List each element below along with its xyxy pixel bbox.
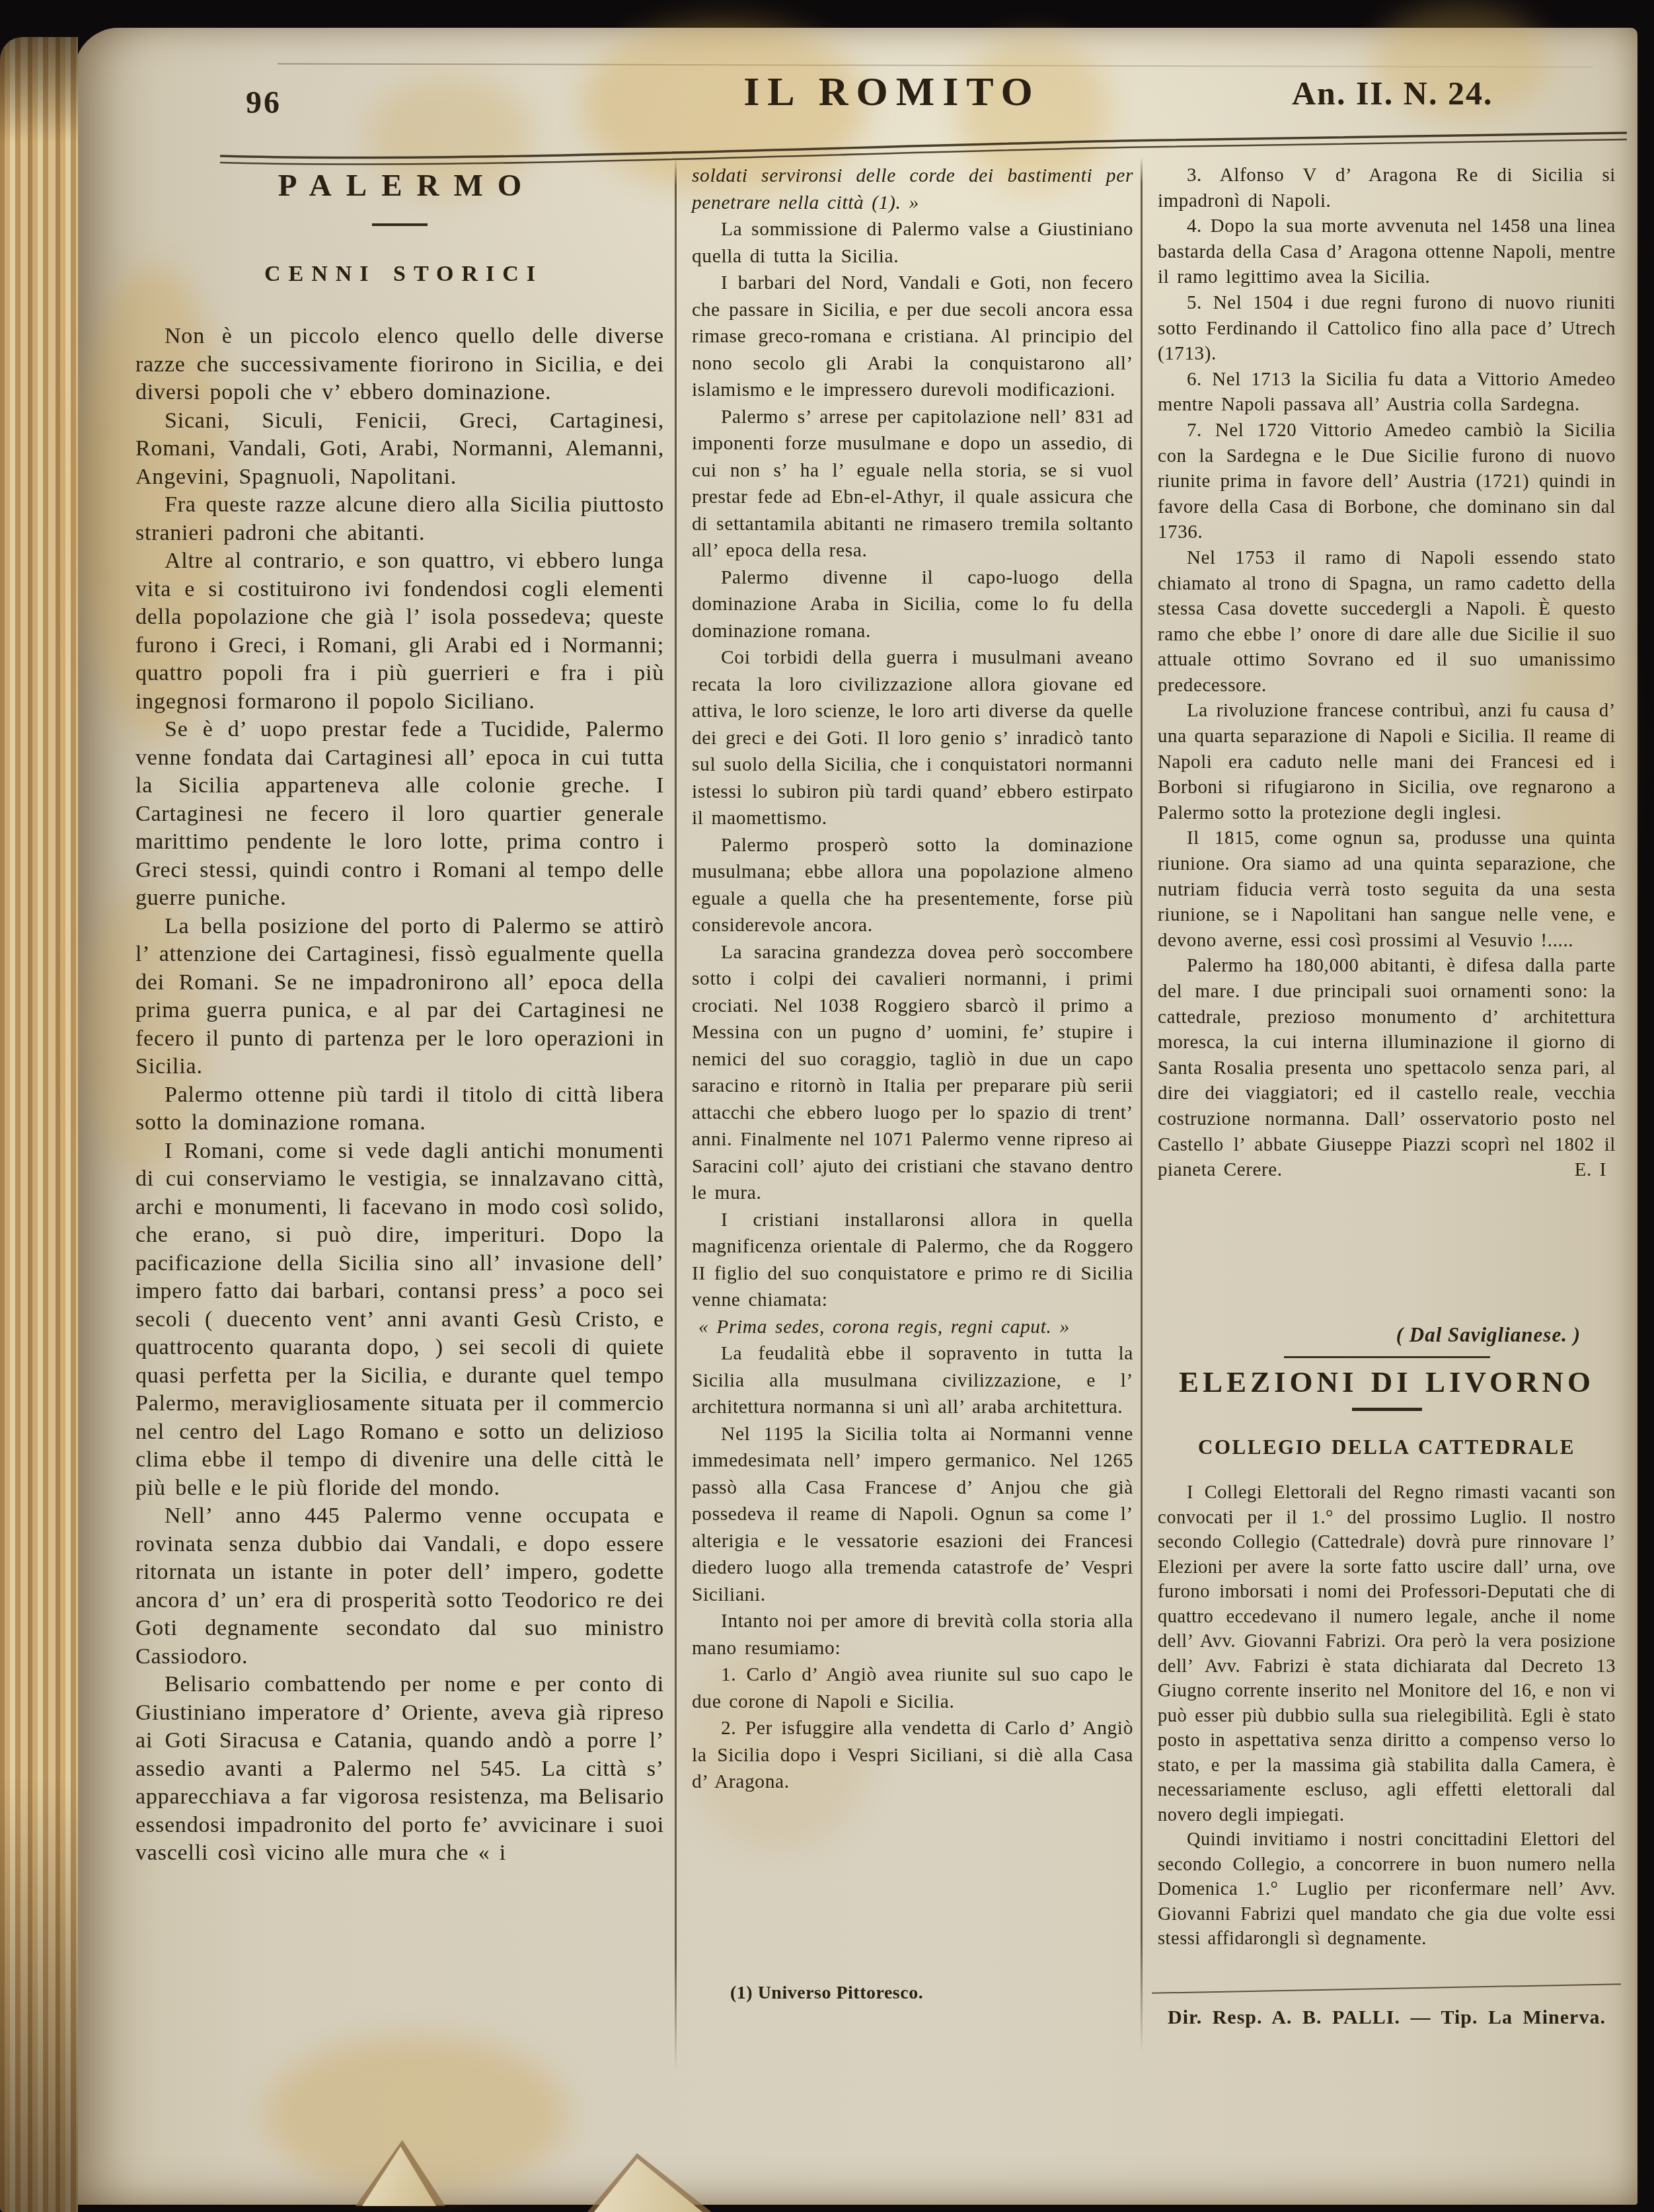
- issue-number: An. II. N. 24.: [1292, 74, 1493, 112]
- imprint-line: Dir. Resp. A. B. PALLI. — Tip. La Minerv…: [1158, 2006, 1616, 2029]
- numbered-item: 2. Per isfuggire alla vendetta di Carlo …: [692, 1715, 1133, 1796]
- paragraph: La sommissione di Palermo valse a Giusti…: [692, 216, 1133, 270]
- paragraph: I Romani, come si vede dagli antichi mon…: [135, 1137, 664, 1503]
- section-title-rule: [1352, 1408, 1422, 1411]
- paragraph: Altre al contrario, e son quattro, vi eb…: [135, 547, 664, 716]
- numbered-item: 7. Nel 1720 Vittorio Amedeo cambiò la Si…: [1158, 418, 1616, 545]
- column-3-top: 3. Alfonso V d’ Aragona Re di Sicilia si…: [1158, 163, 1616, 1183]
- section-separator-rule: [1284, 1356, 1490, 1358]
- paragraph: La bella posizione del porto di Palermo …: [135, 913, 664, 1081]
- paragraph: Se è d’ uopo prestar fede a Tucidide, Pa…: [135, 716, 664, 913]
- column-3-elections-section: ELEZIONI DI LIVORNO COLLEGIO DELLA CATTE…: [1158, 1356, 1616, 1952]
- paragraph: Palermo divenne il capo-luogo della domi…: [692, 564, 1133, 645]
- column-2: soldati servironsi delle corde dei basti…: [692, 163, 1133, 1796]
- paragraph: I cristiani installaronsi allora in quel…: [692, 1207, 1133, 1314]
- paragraph: La feudalità ebbe il sopravento in tutta…: [692, 1340, 1133, 1421]
- column-divider: [675, 159, 677, 2072]
- paragraph: Intanto noi per amore di brevità colla s…: [692, 1608, 1133, 1661]
- paragraph: Palermo ottenne più tardi il titolo di c…: [135, 1081, 664, 1137]
- numbered-item: 5. Nel 1504 i due regni furono di nuovo …: [1158, 290, 1616, 367]
- section-subtitle-collegio: COLLEGIO DELLA CATTEDRALE: [1158, 1435, 1616, 1460]
- column-1: PALERMO CENNI STORICI Non è un piccolo e…: [135, 169, 664, 1868]
- paragraph: Fra queste razze alcune diero alla Sicil…: [135, 491, 664, 547]
- book-fore-edges: [0, 37, 78, 2212]
- paragraph: Sicani, Siculi, Fenicii, Greci, Cartagin…: [135, 407, 664, 492]
- italic-continuation: soldati servironsi delle corde dei basti…: [692, 163, 1133, 216]
- paragraph: I barbari del Nord, Vandali e Goti, non …: [692, 270, 1133, 404]
- scanned-newspaper-page: 96 IL ROMITO An. II. N. 24. PALERMO CENN…: [0, 0, 1654, 2212]
- column-1-body: Non è un piccolo elenco quello delle div…: [135, 323, 664, 1868]
- masthead-title: IL ROMITO: [687, 69, 1097, 116]
- numbered-item: 6. Nel 1713 la Sicilia fu data a Vittori…: [1158, 367, 1616, 418]
- column-divider: [1141, 157, 1143, 2053]
- paragraph: Belisario combattendo per nome e per con…: [135, 1671, 664, 1868]
- paragraph: Coi torbidi della guerra i musulmani ave…: [692, 644, 1133, 832]
- paragraph: La rivoluzione francese contribuì, anzi …: [1158, 698, 1616, 825]
- paragraph: Nel 1195 la Sicilia tolta ai Normanni ve…: [692, 1421, 1133, 1609]
- paragraph: Non è un piccolo elenco quello delle div…: [135, 323, 664, 407]
- paragraph: Quindi invitiamo i nostri concittadini E…: [1158, 1827, 1616, 1952]
- paragraph: I Collegi Elettorali del Regno rimasti v…: [1158, 1480, 1616, 1827]
- article-subtitle-cenni-storici: CENNI STORICI: [135, 260, 664, 289]
- paragraph: Palermo prosperò sotto la dominazione mu…: [692, 832, 1133, 939]
- paragraph: Palermo s’ arrese per capitolazione nell…: [692, 404, 1133, 564]
- latin-quote: « Prima sedes, corona regis, regni caput…: [692, 1314, 1133, 1341]
- title-rule: [372, 223, 428, 226]
- paragraph: Nell’ anno 445 Palermo venne occupata e …: [135, 1502, 664, 1671]
- footnote-universo-pittoresco: (1) Universo Pittoresco.: [730, 1983, 923, 2004]
- numbered-item: 4. Dopo la sua morte avvenuta nel 1458 u…: [1158, 213, 1616, 290]
- paragraph: La saracina grandezza dovea però soccomb…: [692, 939, 1133, 1207]
- article-title-palermo: PALERMO: [135, 169, 664, 204]
- section-body: I Collegi Elettorali del Regno rimasti v…: [1158, 1480, 1616, 1952]
- source-credit: ( Dal Saviglianese. ): [1158, 1323, 1581, 1347]
- numbered-item: 3. Alfonso V d’ Aragona Re di Sicilia si…: [1158, 163, 1616, 213]
- paragraph: Palermo ha 180,000 abitanti, è difesa da…: [1158, 953, 1616, 1182]
- section-title-elezioni: ELEZIONI DI LIVORNO: [1158, 1370, 1616, 1395]
- page-number: 96: [246, 85, 282, 121]
- paragraph: Il 1815, come ognun sa, produsse una qui…: [1158, 825, 1616, 953]
- paragraph: Nel 1753 il ramo di Napoli essendo stato…: [1158, 545, 1616, 699]
- numbered-item: 1. Carlo d’ Angiò avea riunite sul suo c…: [692, 1661, 1133, 1715]
